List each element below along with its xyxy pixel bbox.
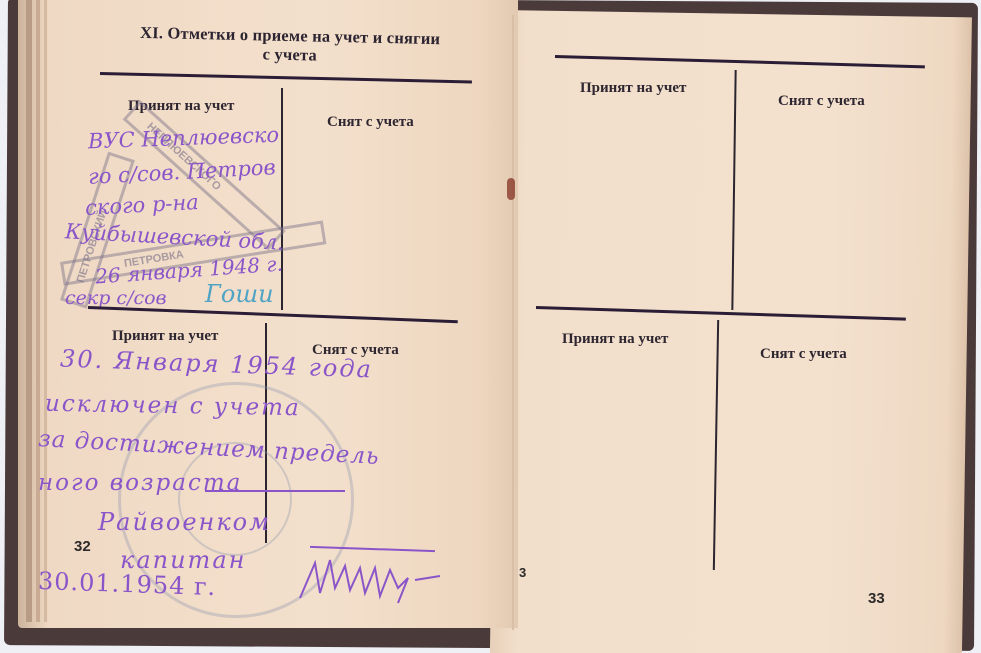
handwritten-line: исключен с учета xyxy=(45,391,301,421)
handwritten-line: Райвоенком xyxy=(98,508,271,536)
handwritten-line: ного возраста xyxy=(38,470,242,496)
section-title: XI. Отметки о приеме на учет и снягии с … xyxy=(100,22,481,68)
received-header: Принят на учет xyxy=(112,328,218,345)
handwritten-line: секр с/сов xyxy=(65,287,167,309)
removed-header: Снят с учета xyxy=(760,346,847,363)
page-number: 32 xyxy=(74,538,91,555)
page-edge xyxy=(26,0,32,622)
signature xyxy=(290,548,450,618)
received-header: Принят на учет xyxy=(580,80,686,97)
underline xyxy=(205,490,345,492)
footer-mark: 3 xyxy=(519,565,526,580)
page-edge xyxy=(44,0,47,622)
page-edge xyxy=(36,0,40,622)
page-number: 33 xyxy=(868,590,885,607)
received-header: Принят на учет xyxy=(562,331,668,348)
column-divider xyxy=(281,88,283,310)
stain xyxy=(507,178,515,200)
spine xyxy=(512,15,514,630)
signature: Гоши xyxy=(205,280,274,308)
removed-header: Снят с учета xyxy=(778,93,865,110)
removed-header: Снят с учета xyxy=(327,114,414,131)
